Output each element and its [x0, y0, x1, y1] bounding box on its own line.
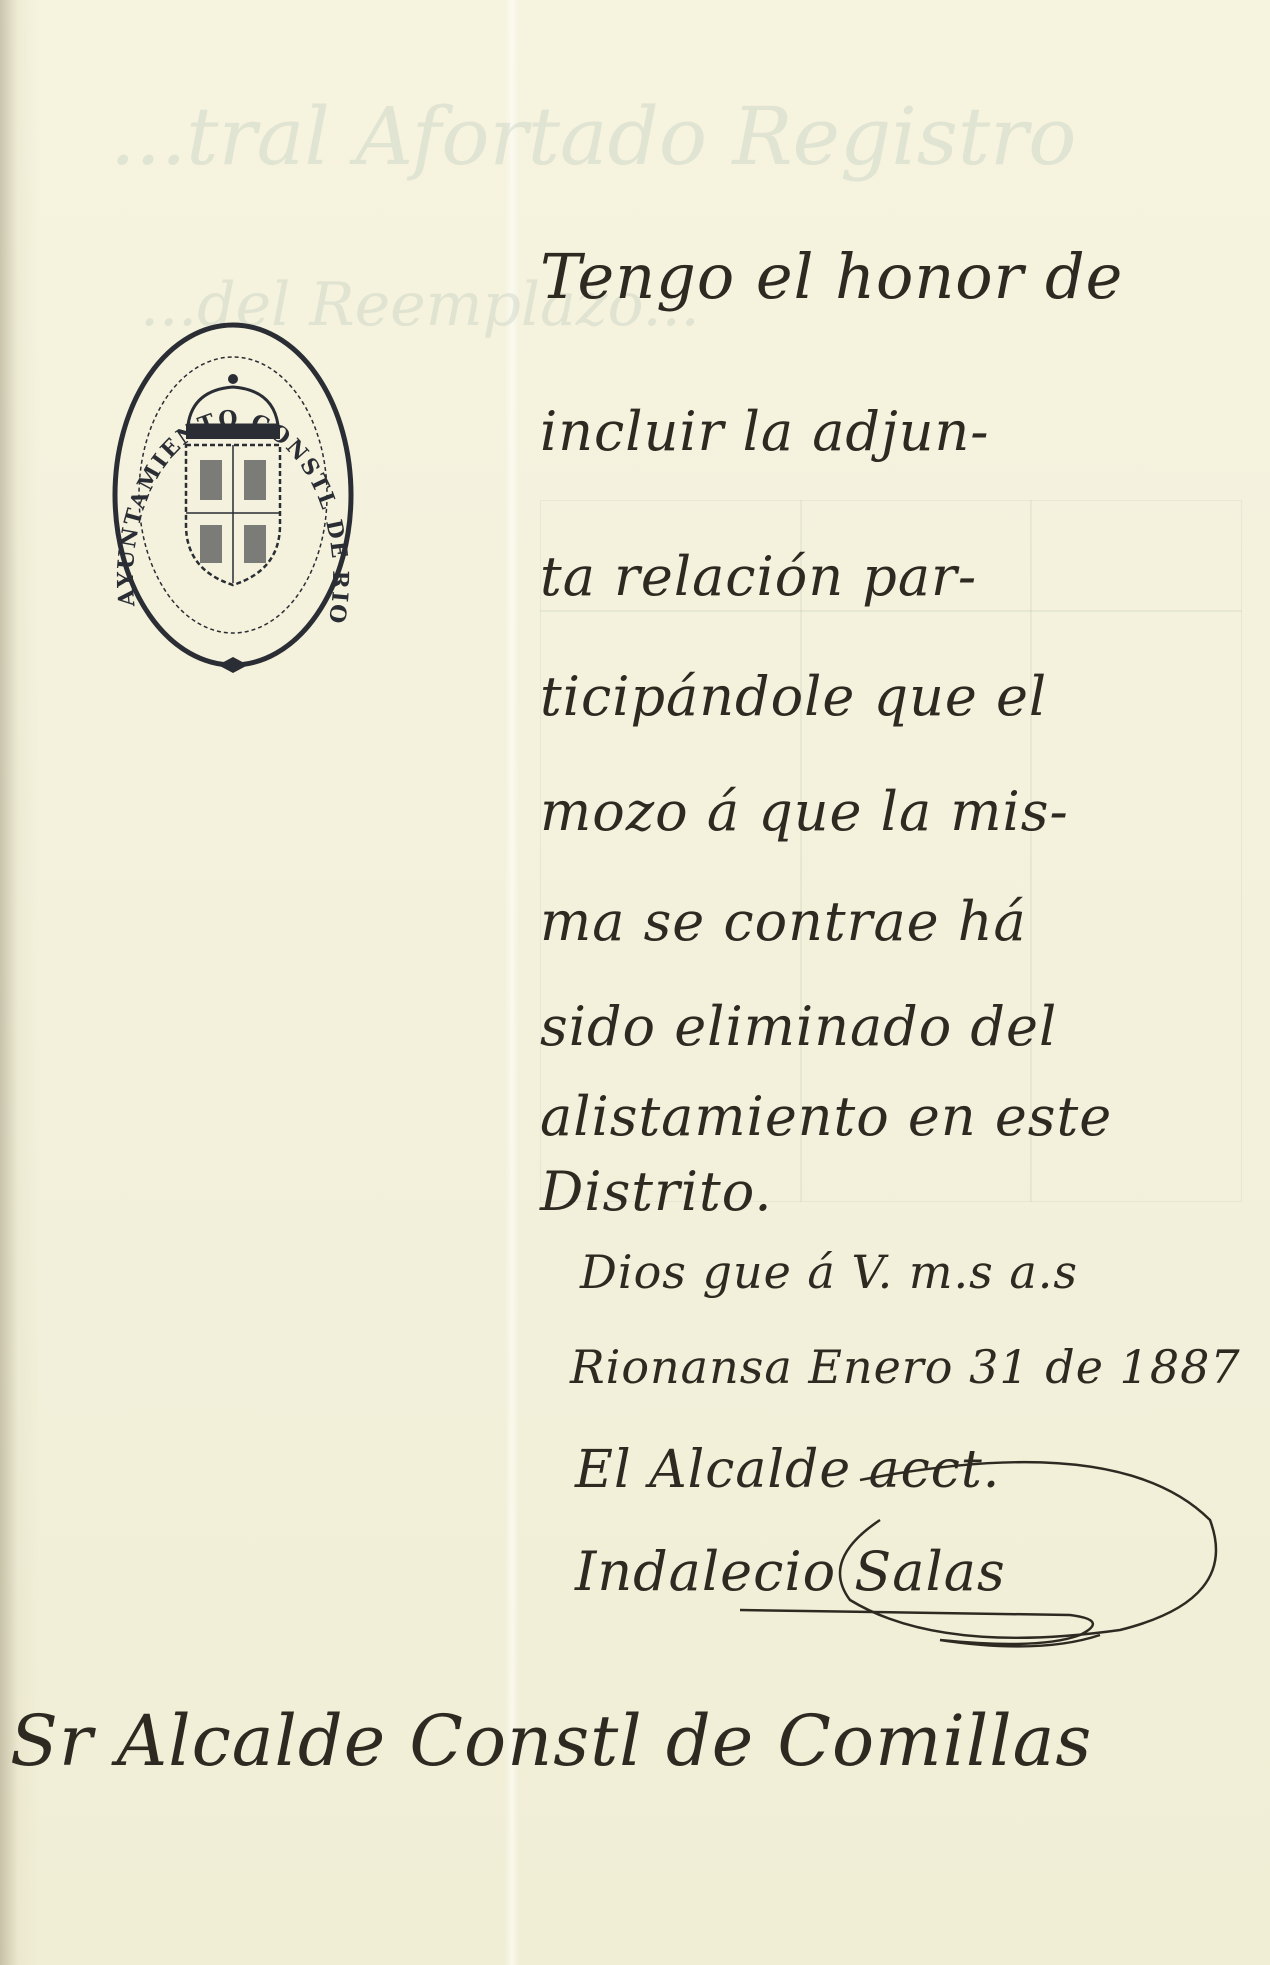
letter-line: ma se contrae há: [540, 890, 1027, 953]
letter-line: incluir la adjun-: [540, 400, 990, 463]
document-page: ...tral Afortado Registro ...del Reempla…: [0, 0, 1270, 1965]
place-date: Rionansa Enero 31 de 1887: [570, 1340, 1241, 1394]
letter-line: Distrito.: [540, 1160, 773, 1223]
closing-formula: Dios gue á V. m.s a.s: [580, 1245, 1078, 1299]
letter-line: ta relación par-: [540, 545, 977, 608]
letter-line: alistamiento en este: [540, 1085, 1112, 1148]
bleed-through-table: [540, 610, 1242, 612]
municipal-stamp: AYUNTAMIENTO CONSTL DE RIONANSA: [108, 315, 358, 685]
addressee: Sr Alcalde Constl de Comillas: [10, 1700, 1092, 1782]
letter-line: mozo á que la mis-: [540, 780, 1069, 843]
svg-text:AYUNTAMIENTO CONSTL DE RIONANS: AYUNTAMIENTO CONSTL DE RIONANSA: [108, 315, 353, 627]
letter-line: ticipándole que el: [540, 665, 1047, 728]
letter-line: Tengo el honor de: [540, 240, 1123, 313]
bleed-through-text: ...tral Afortado Registro: [110, 90, 1076, 183]
letter-line: sido eliminado del: [540, 995, 1057, 1058]
signature-flourish-icon: [740, 1440, 1240, 1680]
coat-of-arms-stamp-icon: AYUNTAMIENTO CONSTL DE RIONANSA: [108, 315, 358, 685]
